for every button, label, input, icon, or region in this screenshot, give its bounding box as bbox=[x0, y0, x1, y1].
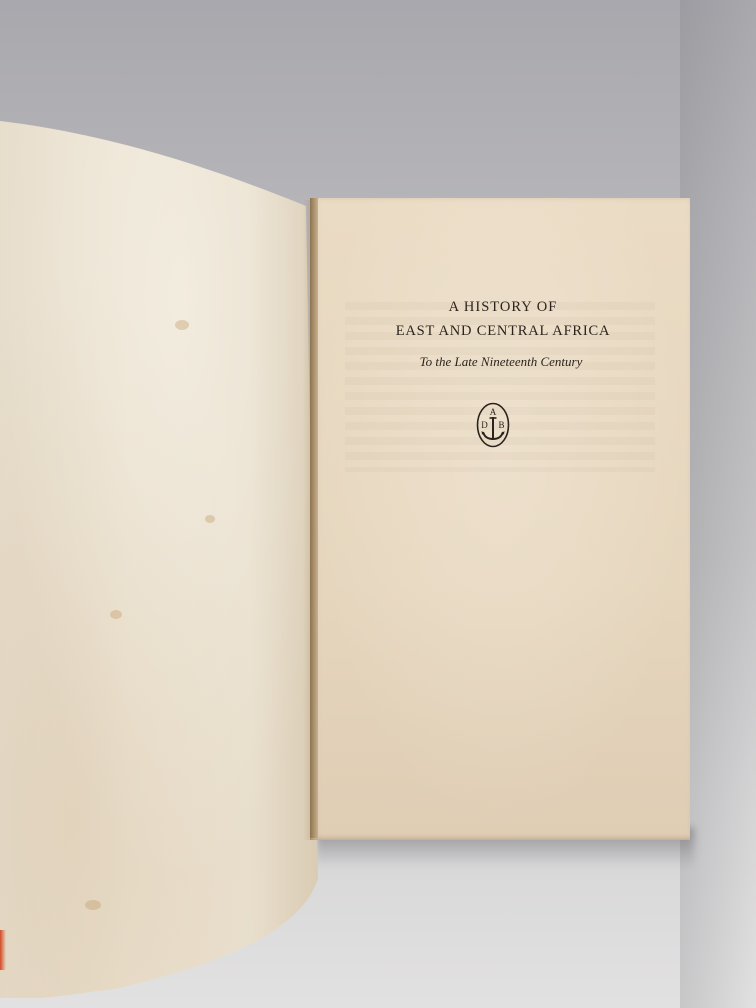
foxing-spot bbox=[110, 610, 122, 619]
foxing-spot bbox=[205, 515, 215, 523]
book-title-line-2: EAST AND CENTRAL AFRICA bbox=[316, 322, 690, 340]
book-title-line-1: A HISTORY OF bbox=[316, 298, 690, 316]
title-page bbox=[310, 198, 690, 840]
anchor-icon: A D B bbox=[476, 402, 510, 448]
book-subtitle: To the Late Nineteenth Century bbox=[312, 354, 690, 370]
logo-letter-d: D bbox=[481, 420, 488, 430]
foxing-spot bbox=[85, 900, 101, 910]
title-block: A HISTORY OF EAST AND CENTRAL AFRICA To … bbox=[310, 298, 690, 370]
logo-letter-a: A bbox=[490, 407, 497, 417]
left-page bbox=[0, 118, 320, 998]
red-edge-mark bbox=[0, 930, 6, 970]
photo-scene: A HISTORY OF EAST AND CENTRAL AFRICA To … bbox=[0, 0, 756, 1008]
foxing-spot bbox=[175, 320, 189, 330]
book-gutter bbox=[310, 198, 318, 838]
logo-letter-b: B bbox=[498, 420, 504, 430]
